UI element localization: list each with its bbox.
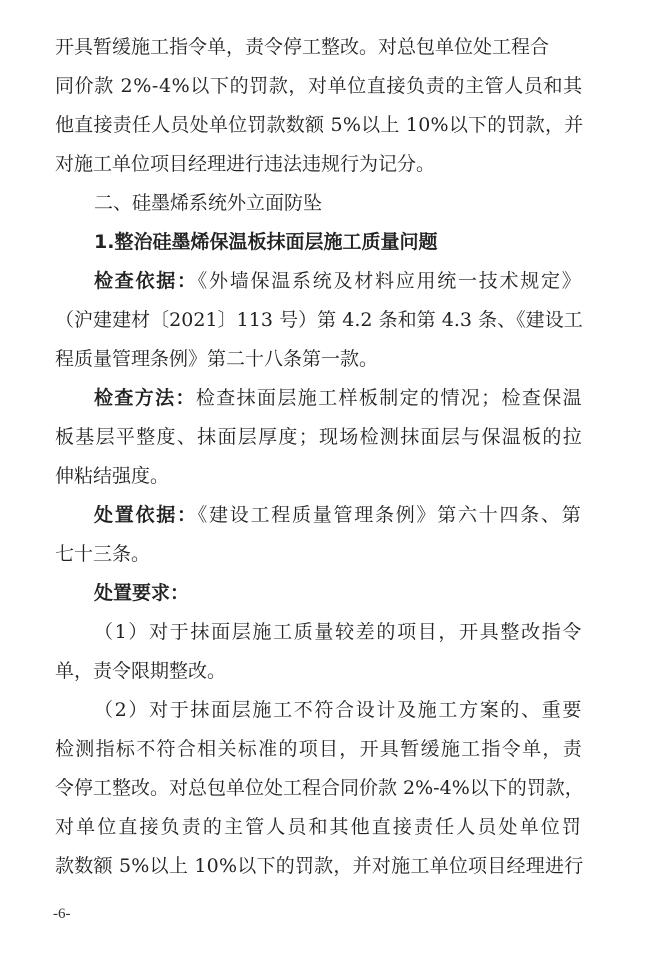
text-line: （沪建建材〔2021〕113 号）第 4.2 条和第 4.3 条、《建设工 bbox=[55, 309, 583, 331]
paragraph-line: 同价款 2%-4%以下的罚款，对单位直接负责的主管人员和其 bbox=[55, 67, 583, 106]
text-line: 七十三条。 bbox=[55, 543, 150, 565]
disposal-basis: 处置依据：《建设工程质量管理条例》第六十四条、第 bbox=[94, 496, 583, 535]
paragraph-line: 板基层平整度、抹面层厚度；现场检测抹面层与保温板的拉 bbox=[55, 418, 583, 457]
text-line: 对单位直接负责的主管人员和其他直接责任人员处单位罚 bbox=[55, 816, 583, 838]
text-line: 《建设工程质量管理条例》第六十四条、第 bbox=[198, 504, 583, 526]
paragraph-line: （沪建建材〔2021〕113 号）第 4.2 条和第 4.3 条、《建设工 bbox=[55, 301, 583, 340]
text-line: 检查抹面层施工样板制定的情况；检查保温 bbox=[196, 387, 583, 409]
paragraph-line: 他直接责任人员处单位罚款数额 5%以上 10%以下的罚款，并 bbox=[55, 106, 583, 145]
list-item: （2）对于抹面层施工不符合设计及施工方案的、重要 bbox=[94, 691, 583, 730]
paragraph-line: 单，责令限期整改。 bbox=[55, 652, 226, 691]
paragraph-line: 开具暂缓施工指令单，责令停工整改。对总包单位处工程合 bbox=[55, 28, 583, 67]
paragraph-line: 对施工单位项目经理进行违法违规行为记分。 bbox=[55, 145, 435, 184]
text-line: 他直接责任人员处单位罚款数额 5%以上 10%以下的罚款，并 bbox=[55, 114, 583, 136]
paragraph-line: 款数额 5%以上 10%以下的罚款，并对施工单位项目经理进行 bbox=[55, 847, 583, 886]
page-number: -6- bbox=[53, 906, 71, 923]
section-heading: 二、硅墨烯系统外立面防坠 bbox=[94, 184, 322, 223]
text-line: 对施工单位项目经理进行违法违规行为记分。 bbox=[55, 153, 435, 175]
subsection-heading: 1.整治硅墨烯保温板抹面层施工质量问题 bbox=[94, 223, 437, 262]
inspection-method: 检查方法：检查抹面层施工样板制定的情况；检查保温 bbox=[94, 379, 583, 418]
disposal-requirements-label: 处置要求： bbox=[94, 574, 189, 613]
text-line: 检测指标不符合相关标准的项目，开具暂缓施工指令单，责 bbox=[55, 738, 583, 760]
paragraph-line: 令停工整改。对总包单位处工程合同价款 2%-4%以下的罚款， bbox=[55, 769, 584, 808]
inspection-basis-label: 检查依据： bbox=[94, 270, 198, 292]
text-line: 伸粘结强度。 bbox=[55, 465, 169, 487]
paragraph-line: 检测指标不符合相关标准的项目，开具暂缓施工指令单，责 bbox=[55, 730, 583, 769]
list-item: （1）对于抹面层施工质量较差的项目，开具整改指令 bbox=[94, 613, 583, 652]
paragraph-line: 七十三条。 bbox=[55, 535, 150, 574]
text-line: 《外墙保温系统及材料应用统一技术规定》 bbox=[198, 270, 583, 292]
text-line: 程质量管理条例》第二十八条第一款。 bbox=[55, 348, 378, 370]
disposal-basis-label: 处置依据： bbox=[94, 504, 198, 526]
text-line: 开具暂缓施工指令单，责令停工整改。对总包单位处工程合 bbox=[55, 28, 549, 67]
text-line: 同价款 2%-4%以下的罚款，对单位直接负责的主管人员和其 bbox=[55, 75, 583, 97]
text-line: 款数额 5%以上 10%以下的罚款，并对施工单位项目经理进行 bbox=[55, 855, 583, 877]
text-line: （1）对于抹面层施工质量较差的项目，开具整改指令 bbox=[94, 621, 583, 643]
inspection-basis: 检查依据：《外墙保温系统及材料应用统一技术规定》 bbox=[94, 262, 583, 301]
text-line: （2）对于抹面层施工不符合设计及施工方案的、重要 bbox=[94, 699, 583, 721]
paragraph-line: 程质量管理条例》第二十八条第一款。 bbox=[55, 340, 378, 379]
paragraph-line: 伸粘结强度。 bbox=[55, 457, 169, 496]
inspection-method-label: 检查方法： bbox=[94, 387, 196, 409]
text-line: 令停工整改。对总包单位处工程合同价款 2%-4%以下的罚款， bbox=[55, 777, 584, 799]
paragraph-line: 对单位直接负责的主管人员和其他直接责任人员处单位罚 bbox=[55, 808, 583, 847]
text-line: 单，责令限期整改。 bbox=[55, 660, 226, 682]
text-line: 板基层平整度、抹面层厚度；现场检测抹面层与保温板的拉 bbox=[55, 426, 583, 448]
